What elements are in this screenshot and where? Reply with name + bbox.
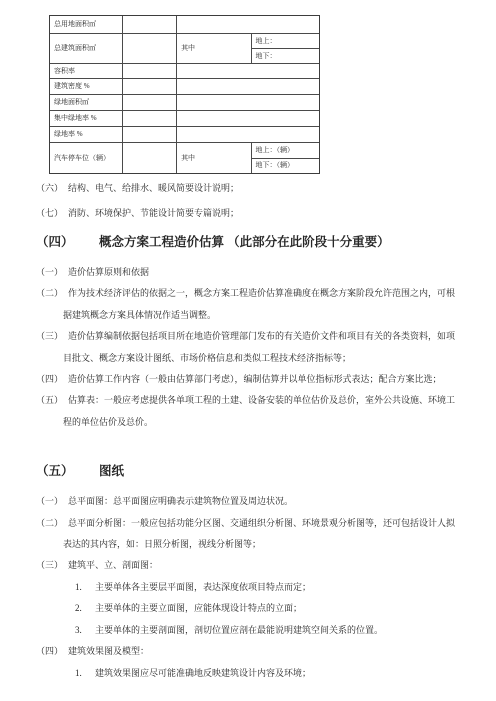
row-value-cell [177, 79, 319, 94]
cost-item: （二）作为技术经济评估的依据之一，概念方案工程造价估算准确度在概念方案阶段允许范… [36, 283, 456, 326]
table-row: 建筑密度 % [50, 79, 319, 95]
row-value-cell [123, 64, 177, 78]
item-number: （二） [36, 283, 68, 304]
table-row: 绿地率 % [50, 127, 319, 143]
row-value-cell [123, 16, 177, 33]
table-row: 总用地面积㎡ [50, 16, 319, 34]
row-label: 容积率 [50, 64, 123, 78]
cost-item: （三）造价估算编制依据包括项目所在地造价管理部门发布的有关造价文件和项目有关的各… [36, 326, 456, 369]
drawing-item: （四）建筑效果图及模型： [36, 641, 456, 662]
section-heading-title: 图纸 [99, 464, 124, 478]
above-ground-cell: 地上：（辆） [252, 143, 319, 159]
item-text: 主要单体的主要剖面图，剖切位置应剖在最能说明建筑空间关系的位置。 [95, 625, 383, 635]
drawing-sub-item: 2.主要单体的主要立面图，应能体现设计特点的立面； [75, 598, 456, 619]
row-label: 总用地面积㎡ [50, 16, 123, 33]
item-number: （一） [36, 491, 68, 512]
drawing-sub-item: 1.主要单体各主要层平面图，表达深度依项目特点而定； [75, 577, 456, 598]
item-number: （一） [36, 262, 68, 283]
item-number: （四） [36, 641, 68, 662]
drawing-item: （三）建筑平、立、剖面图： [36, 555, 456, 576]
item-number: 1. [75, 577, 95, 598]
item-text: 建筑效果图及模型： [68, 646, 149, 656]
item-text: 结构、电气、给排水、暖风简要设计说明； [68, 183, 239, 193]
row-value-cell [123, 95, 177, 110]
item-text: 建筑效果图应尽可能准确地反映建筑设计内容及环境； [95, 668, 311, 678]
section-heading-number: （五） [36, 463, 99, 480]
below-ground-cell: 地下： [252, 49, 319, 63]
row-label: 集中绿地率 % [50, 111, 123, 126]
row-value-cell [177, 111, 319, 126]
item-text: 总平面分析图：一般应包括功能分区图、交通组织分析图、环境景观分析图等，还可包括设… [63, 518, 455, 549]
cost-item: （一）造价估算原则和依据 [36, 262, 456, 283]
row-label: 总建筑面积㎡ [50, 34, 123, 63]
item-number: （五） [36, 390, 68, 411]
item-text: 主要单体的主要立面图，应能体现设计特点的立面； [95, 603, 302, 613]
cost-item: （四）造价估算工作内容（一般由估算部门考虑），编制估算并以单位指标形式表达；配合… [36, 369, 456, 390]
note-item-7: （七）消防、环境保护、节能设计简要专篇说明； [36, 201, 456, 226]
item-number: 2. [75, 598, 95, 619]
item-number: 3. [75, 620, 95, 641]
cost-section-heading: （四）概念方案工程造价估算 （此部分在此阶段十分重要） [36, 234, 456, 251]
row-value-cell [177, 64, 319, 78]
table-row: 集中绿地率 % [50, 111, 319, 127]
section-heading-title: 概念方案工程造价估算 （此部分在此阶段十分重要） [99, 235, 390, 249]
item-text: 建筑平、立、剖面图： [68, 560, 158, 570]
row-value-cell [177, 16, 319, 33]
item-text: 造价估算原则和依据 [68, 267, 149, 277]
table-row: 绿地面积㎡ [50, 95, 319, 111]
row-label: 汽车停车位（辆） [50, 143, 123, 173]
row-value-cell [177, 95, 319, 110]
item-number: （七） [36, 201, 68, 226]
document-body: （六）结构、电气、给排水、暖风简要设计说明； （七）消防、环境保护、节能设计简要… [36, 176, 456, 684]
row-mid-cell: 其中 [177, 34, 251, 63]
item-number: 1. [75, 663, 95, 684]
item-text: 造价估算编制依据包括项目所在地造价管理部门发布的有关造价文件和项目有关的各类资料… [63, 331, 455, 362]
drawing-item: （一）总平面图：总平面图应明确表示建筑物位置及周边状况。 [36, 491, 456, 512]
item-text: 总平面图：总平面图应明确表示建筑物位置及周边状况。 [68, 496, 293, 506]
drawings-section-heading: （五）图纸 [36, 463, 456, 480]
row-label: 绿地面积㎡ [50, 95, 123, 110]
row-label: 绿地率 % [50, 127, 123, 142]
row-split-cell: 地上： 地下： [252, 34, 319, 63]
summary-table: 总用地面积㎡ 总建筑面积㎡ 其中 地上： 地下： 容积率 建筑密度 % 绿地面积… [49, 15, 320, 174]
table-row: 容积率 [50, 64, 319, 79]
table-row: 汽车停车位（辆） 其中 地上：（辆） 地下：（辆） [50, 143, 319, 173]
above-ground-cell: 地上： [252, 34, 319, 49]
row-split-cell: 地上：（辆） 地下：（辆） [252, 143, 319, 173]
item-number: （四） [36, 369, 68, 390]
item-number: （三） [36, 326, 68, 347]
item-number: （三） [36, 555, 68, 576]
item-text: 造价估算工作内容（一般由估算部门考虑），编制估算并以单位指标形式表达；配合方案比… [68, 374, 442, 384]
item-text: 作为技术经济评估的依据之一，概念方案工程造价估算准确度在概念方案阶段允许范围之内… [63, 288, 455, 319]
document-page: { "page": { "background": "#ffffff", "te… [0, 0, 496, 701]
note-item-6: （六）结构、电气、给排水、暖风简要设计说明； [36, 176, 456, 201]
row-value-cell [177, 127, 319, 142]
drawing-sub-item: 1.建筑效果图应尽可能准确地反映建筑设计内容及环境； [75, 663, 456, 684]
drawing-item: （二）总平面分析图：一般应包括功能分区图、交通组织分析图、环境景观分析图等，还可… [36, 513, 456, 556]
table-row: 总建筑面积㎡ 其中 地上： 地下： [50, 34, 319, 64]
item-text: 消防、环境保护、节能设计简要专篇说明； [68, 208, 239, 218]
item-number: （二） [36, 513, 68, 534]
row-value-cell [123, 79, 177, 94]
drawing-sub-item: 3.主要单体的主要剖面图，剖切位置应剖在最能说明建筑空间关系的位置。 [75, 620, 456, 641]
item-text: 主要单体各主要层平面图，表达深度依项目特点而定； [95, 582, 311, 592]
row-mid-cell: 其中 [177, 143, 251, 173]
row-value-cell [123, 34, 177, 63]
section-heading-number: （四） [36, 234, 99, 251]
cost-item: （五）估算表：一般应考虑提供各单项工程的土建、设备安装的单位估价及总价，室外公共… [36, 390, 456, 433]
item-number: （六） [36, 176, 68, 201]
item-text: 估算表：一般应考虑提供各单项工程的土建、设备安装的单位估价及总价，室外公共设施、… [63, 395, 455, 426]
row-label: 建筑密度 % [50, 79, 123, 94]
row-value-cell [123, 143, 177, 173]
below-ground-cell: 地下：（辆） [252, 159, 319, 174]
row-value-cell [123, 111, 177, 126]
row-value-cell [123, 127, 177, 142]
